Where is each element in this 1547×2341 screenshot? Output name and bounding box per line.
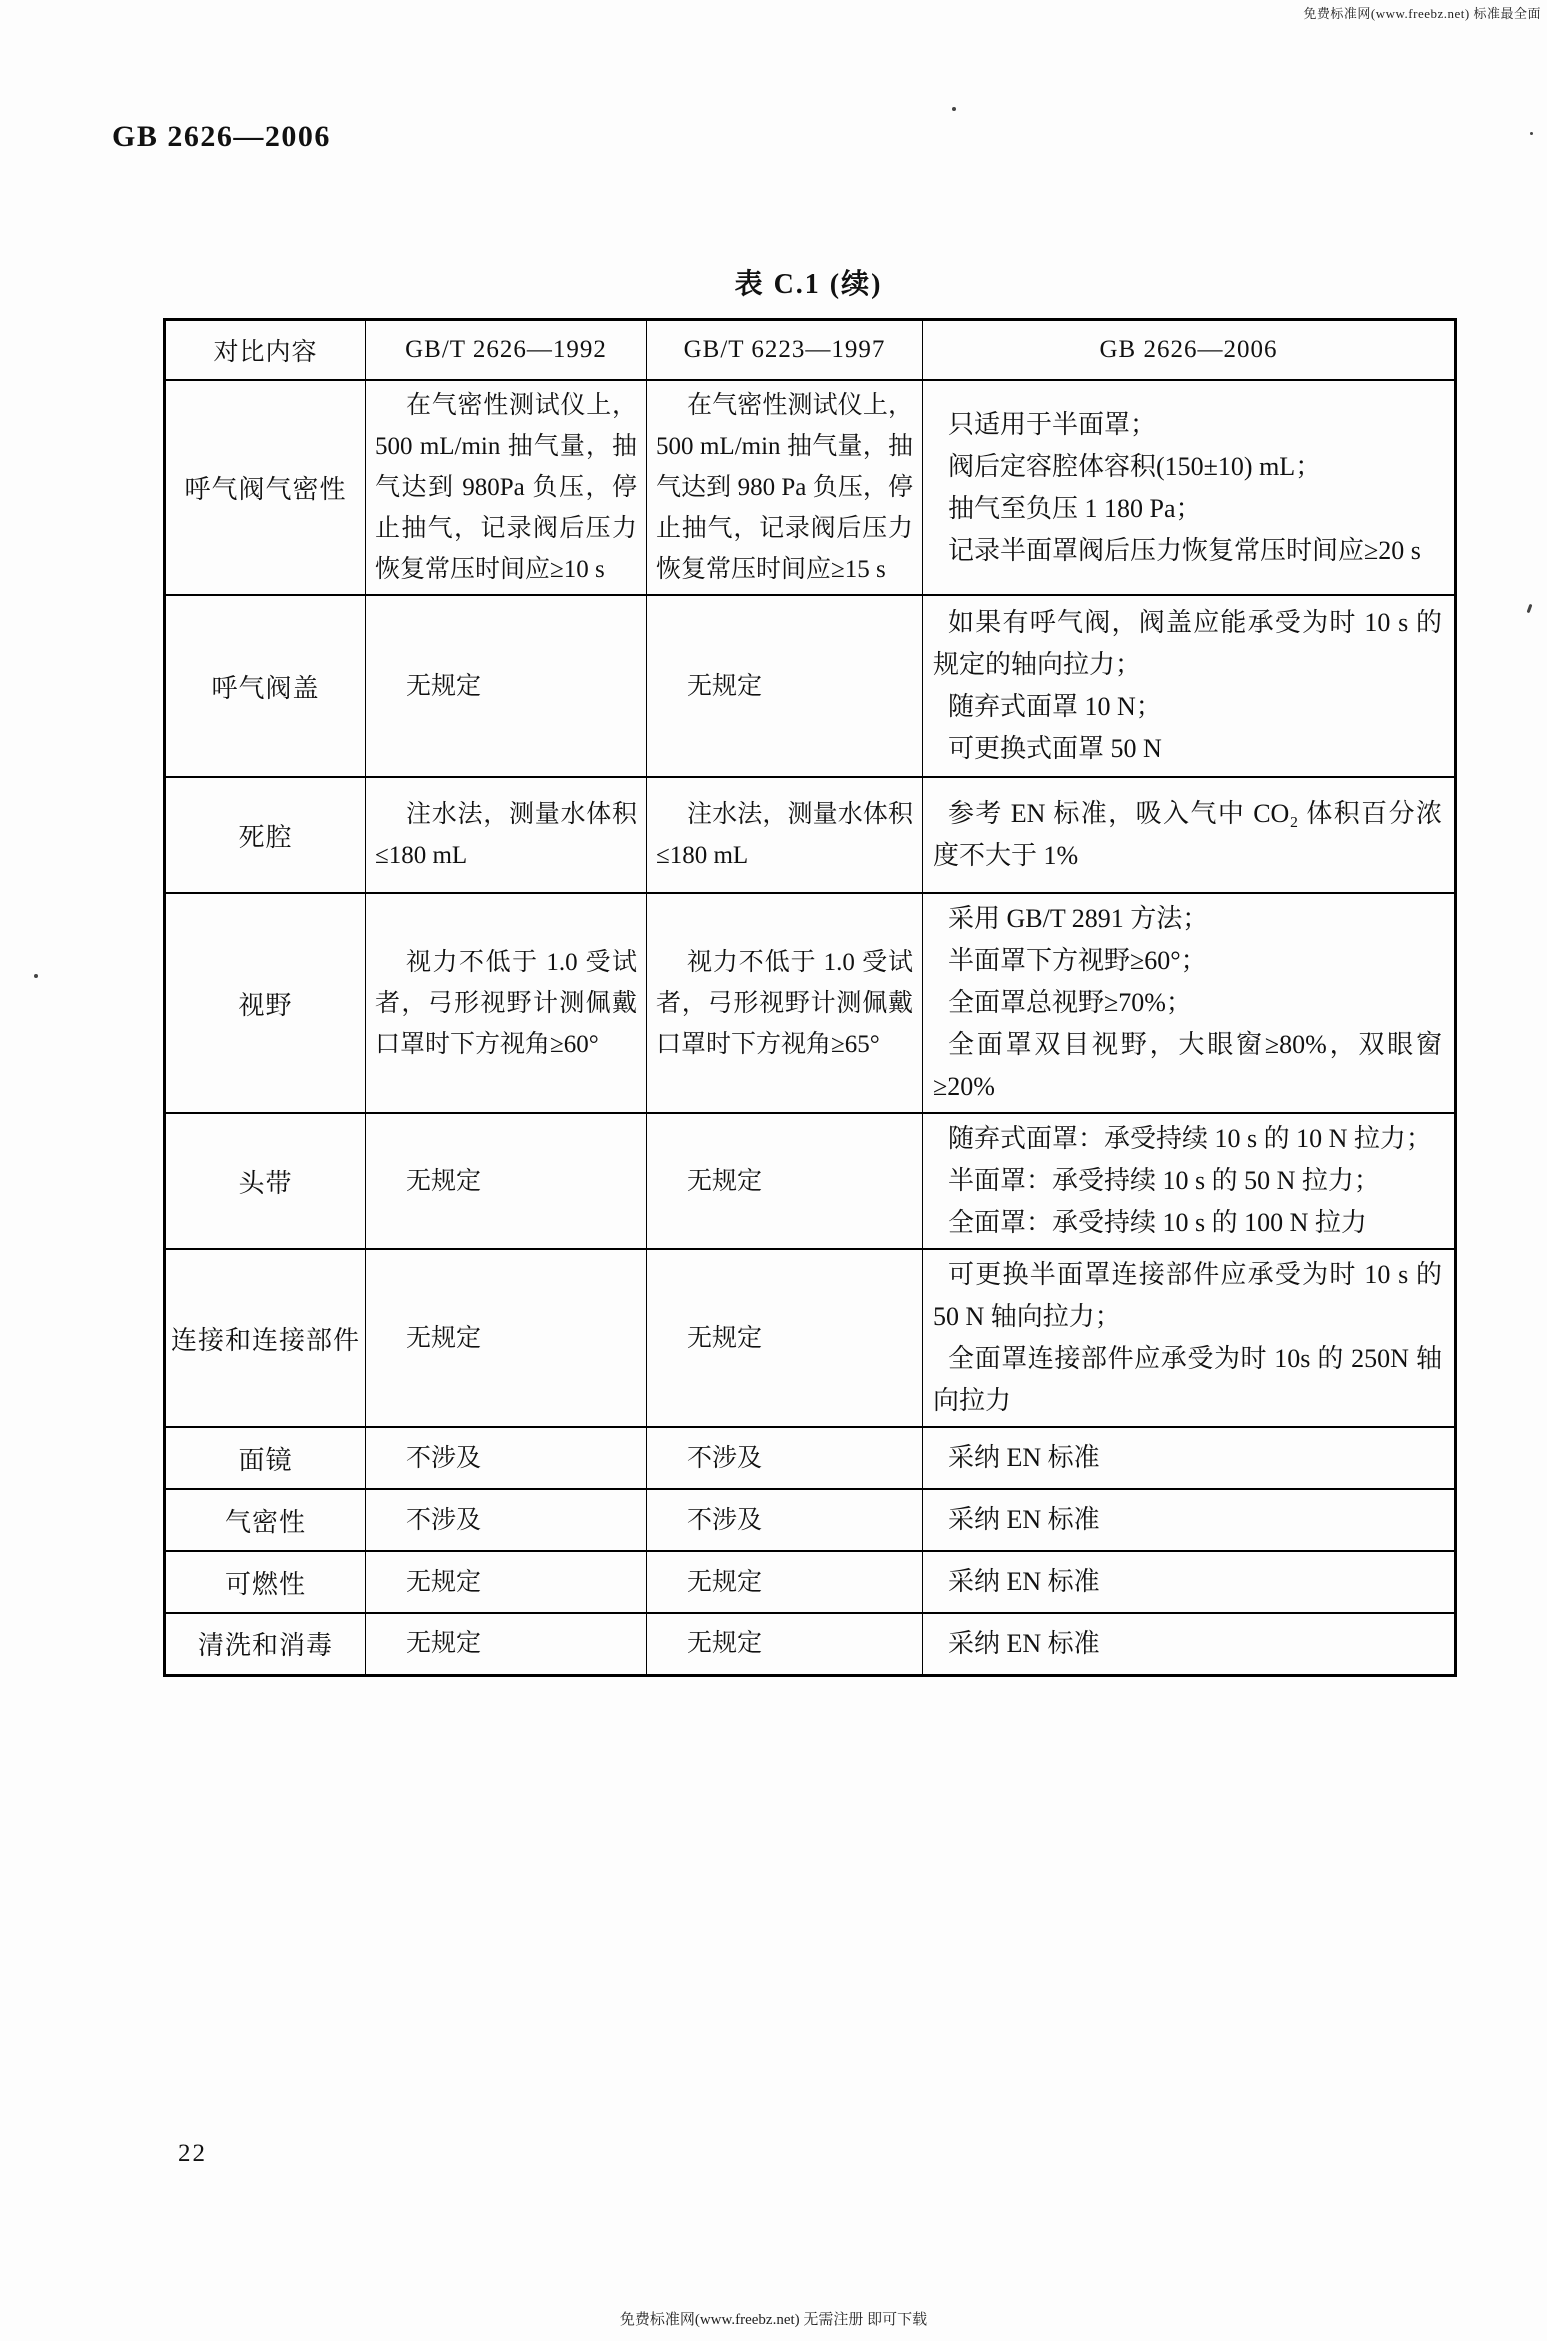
cell-gbt6223-1997: 在气密性测试仪上，500 mL/min 抽气量，抽气达到 980 Pa 负压，停… [647, 380, 923, 595]
spec-line: 随弃式面罩 10 N； [933, 686, 1442, 728]
spec-text: 无规定 [375, 1161, 637, 1202]
table-row: 可燃性 无规定 无规定 采纳 EN 标准 [165, 1551, 1456, 1613]
table-title: 表 C.1 (续) [163, 262, 1454, 302]
cell-gbt6223-1997: 无规定 [647, 1613, 923, 1675]
cell-gb2626-2006: 采纳 EN 标准 [923, 1551, 1456, 1613]
row-label: 清洗和消毒 [165, 1613, 366, 1675]
table-header-row: 对比内容 GB/T 2626—1992 GB/T 6223—1997 GB 26… [165, 320, 1456, 381]
spec-line: 采纳 EN 标准 [933, 1499, 1442, 1541]
row-label: 死腔 [165, 777, 366, 893]
spec-text: 在气密性测试仪上，500 mL/min 抽气量，抽气达到 980Pa 负压，停止… [375, 385, 637, 590]
cell-gbt2626-1992: 不涉及 [366, 1427, 647, 1489]
table-row: 面镜 不涉及 不涉及 采纳 EN 标准 [165, 1427, 1456, 1489]
cell-gbt2626-1992: 无规定 [366, 1551, 647, 1613]
spec-text: 注水法，测量水体积≤180 mL [656, 794, 913, 876]
spec-line: 半面罩：承受持续 10 s 的 50 N 拉力； [933, 1160, 1442, 1202]
cell-gbt6223-1997: 不涉及 [647, 1489, 923, 1551]
cell-gbt2626-1992: 注水法，测量水体积≤180 mL [366, 777, 647, 893]
table-row: 呼气阀盖 无规定 无规定 如果有呼气阀，阀盖应能承受为时 10 s 的规定的轴向… [165, 595, 1456, 777]
table-row: 死腔 注水法，测量水体积≤180 mL 注水法，测量水体积≤180 mL 参考 … [165, 777, 1456, 893]
row-label: 呼气阀盖 [165, 595, 366, 777]
spec-text: 不涉及 [375, 1500, 637, 1541]
spec-line: 全面罩总视野≥70%； [933, 982, 1442, 1024]
table-row: 清洗和消毒 无规定 无规定 采纳 EN 标准 [165, 1613, 1456, 1675]
column-header-gb2626-2006: GB 2626—2006 [923, 320, 1456, 381]
spec-text: 无规定 [375, 666, 637, 707]
row-label: 面镜 [165, 1427, 366, 1489]
table-row: 呼气阀气密性 在气密性测试仪上，500 mL/min 抽气量，抽气达到 980P… [165, 380, 1456, 595]
spec-text: 注水法，测量水体积≤180 mL [375, 794, 637, 876]
document-code: GB 2626—2006 [112, 120, 331, 154]
cell-gbt6223-1997: 视力不低于 1.0 受试者，弓形视野计测佩戴口罩时下方视角≥65° [647, 893, 923, 1113]
row-label: 视野 [165, 893, 366, 1113]
spec-line: 记录半面罩阀后压力恢复常压时间应≥20 s [933, 530, 1442, 572]
spec-line: 只适用于半面罩； [933, 404, 1442, 446]
column-header-gbt6223-1997: GB/T 6223—1997 [647, 320, 923, 381]
table-row: 视野 视力不低于 1.0 受试者，弓形视野计测佩戴口罩时下方视角≥60° 视力不… [165, 893, 1456, 1113]
spec-line: 半面罩下方视野≥60°； [933, 940, 1442, 982]
cell-gbt6223-1997: 无规定 [647, 1249, 923, 1427]
spec-line: 随弃式面罩：承受持续 10 s 的 10 N 拉力； [933, 1118, 1442, 1160]
table-row: 气密性 不涉及 不涉及 采纳 EN 标准 [165, 1489, 1456, 1551]
cell-gbt6223-1997: 注水法，测量水体积≤180 mL [647, 777, 923, 893]
spec-text: 无规定 [375, 1562, 637, 1603]
cell-gbt2626-1992: 视力不低于 1.0 受试者，弓形视野计测佩戴口罩时下方视角≥60° [366, 893, 647, 1113]
scan-artifact [1530, 132, 1533, 135]
spec-line: 全面罩连接部件应承受为时 10s 的 250N 轴向拉力 [933, 1338, 1442, 1422]
row-label: 可燃性 [165, 1551, 366, 1613]
spec-line: 可更换式面罩 50 N [933, 728, 1442, 770]
row-label: 呼气阀气密性 [165, 380, 366, 595]
spec-line: 抽气至负压 1 180 Pa； [933, 488, 1442, 530]
cell-gbt2626-1992: 无规定 [366, 595, 647, 777]
spec-line: 采用 GB/T 2891 方法； [933, 898, 1442, 940]
cell-gb2626-2006: 只适用于半面罩；阀后定容腔体容积(150±10) mL；抽气至负压 1 180 … [923, 380, 1456, 595]
table-row: 头带 无规定 无规定 随弃式面罩：承受持续 10 s 的 10 N 拉力；半面罩… [165, 1113, 1456, 1249]
spec-line: 全面罩：承受持续 10 s 的 100 N 拉力 [933, 1202, 1442, 1244]
spec-text: 不涉及 [656, 1438, 913, 1479]
cell-gb2626-2006: 如果有呼气阀，阀盖应能承受为时 10 s 的规定的轴向拉力；随弃式面罩 10 N… [923, 595, 1456, 777]
cell-gb2626-2006: 采纳 EN 标准 [923, 1427, 1456, 1489]
spec-line: 阀后定容腔体容积(150±10) mL； [933, 446, 1442, 488]
spec-text: 无规定 [656, 1161, 913, 1202]
scan-artifact [952, 107, 956, 111]
spec-text: 不涉及 [656, 1500, 913, 1541]
comparison-table: 对比内容 GB/T 2626—1992 GB/T 6223—1997 GB 26… [163, 318, 1457, 1677]
cell-gbt6223-1997: 无规定 [647, 1551, 923, 1613]
spec-text: 无规定 [656, 1562, 913, 1603]
column-header-compare-item: 对比内容 [165, 320, 366, 381]
spec-line: 可更换半面罩连接部件应承受为时 10 s 的 50 N 轴向拉力； [933, 1254, 1442, 1338]
spec-text: 无规定 [375, 1623, 637, 1664]
scan-artifact [34, 974, 38, 978]
cell-gbt2626-1992: 无规定 [366, 1613, 647, 1675]
row-label: 头带 [165, 1113, 366, 1249]
cell-gbt6223-1997: 无规定 [647, 595, 923, 777]
spec-line: 采纳 EN 标准 [933, 1623, 1442, 1665]
header-watermark: 免费标准网(www.freebz.net) 标准最全面 [1303, 3, 1541, 22]
cell-gb2626-2006: 采纳 EN 标准 [923, 1613, 1456, 1675]
spec-text: 视力不低于 1.0 受试者，弓形视野计测佩戴口罩时下方视角≥65° [656, 942, 913, 1065]
cell-gbt2626-1992: 不涉及 [366, 1489, 647, 1551]
spec-line: 如果有呼气阀，阀盖应能承受为时 10 s 的规定的轴向拉力； [933, 602, 1442, 686]
spec-line: 采纳 EN 标准 [933, 1437, 1442, 1479]
spec-line: 全面罩双目视野，大眼窗≥80%，双眼窗≥20% [933, 1024, 1442, 1108]
cell-gb2626-2006: 随弃式面罩：承受持续 10 s 的 10 N 拉力；半面罩：承受持续 10 s … [923, 1113, 1456, 1249]
footer-watermark: 免费标准网(www.freebz.net) 无需注册 即可下载 [0, 2308, 1547, 2329]
cell-gbt2626-1992: 无规定 [366, 1249, 647, 1427]
cell-gbt6223-1997: 无规定 [647, 1113, 923, 1249]
page-number: 22 [178, 2140, 207, 2168]
spec-text: 无规定 [656, 666, 913, 707]
cell-gb2626-2006: 可更换半面罩连接部件应承受为时 10 s 的 50 N 轴向拉力；全面罩连接部件… [923, 1249, 1456, 1427]
column-header-gbt2626-1992: GB/T 2626—1992 [366, 320, 647, 381]
row-label: 气密性 [165, 1489, 366, 1551]
spec-line: 采纳 EN 标准 [933, 1561, 1442, 1603]
spec-text: 视力不低于 1.0 受试者，弓形视野计测佩戴口罩时下方视角≥60° [375, 942, 637, 1065]
cell-gbt2626-1992: 无规定 [366, 1113, 647, 1249]
row-label: 连接和连接部件 [165, 1249, 366, 1427]
cell-gb2626-2006: 参考 EN 标准，吸入气中 CO₂ 体积百分浓度不大于 1% [923, 777, 1456, 893]
cell-gb2626-2006: 采纳 EN 标准 [923, 1489, 1456, 1551]
scan-artifact [1527, 604, 1533, 613]
spec-text: 在气密性测试仪上，500 mL/min 抽气量，抽气达到 980 Pa 负压，停… [656, 385, 913, 590]
table-row: 连接和连接部件 无规定 无规定 可更换半面罩连接部件应承受为时 10 s 的 5… [165, 1249, 1456, 1427]
spec-text: 不涉及 [375, 1438, 637, 1479]
spec-text: 无规定 [656, 1623, 913, 1664]
cell-gb2626-2006: 采用 GB/T 2891 方法；半面罩下方视野≥60°；全面罩总视野≥70%；全… [923, 893, 1456, 1113]
spec-line: 参考 EN 标准，吸入气中 CO₂ 体积百分浓度不大于 1% [933, 793, 1442, 877]
cell-gbt6223-1997: 不涉及 [647, 1427, 923, 1489]
cell-gbt2626-1992: 在气密性测试仪上，500 mL/min 抽气量，抽气达到 980Pa 负压，停止… [366, 380, 647, 595]
spec-text: 无规定 [656, 1318, 913, 1359]
spec-text: 无规定 [375, 1318, 637, 1359]
